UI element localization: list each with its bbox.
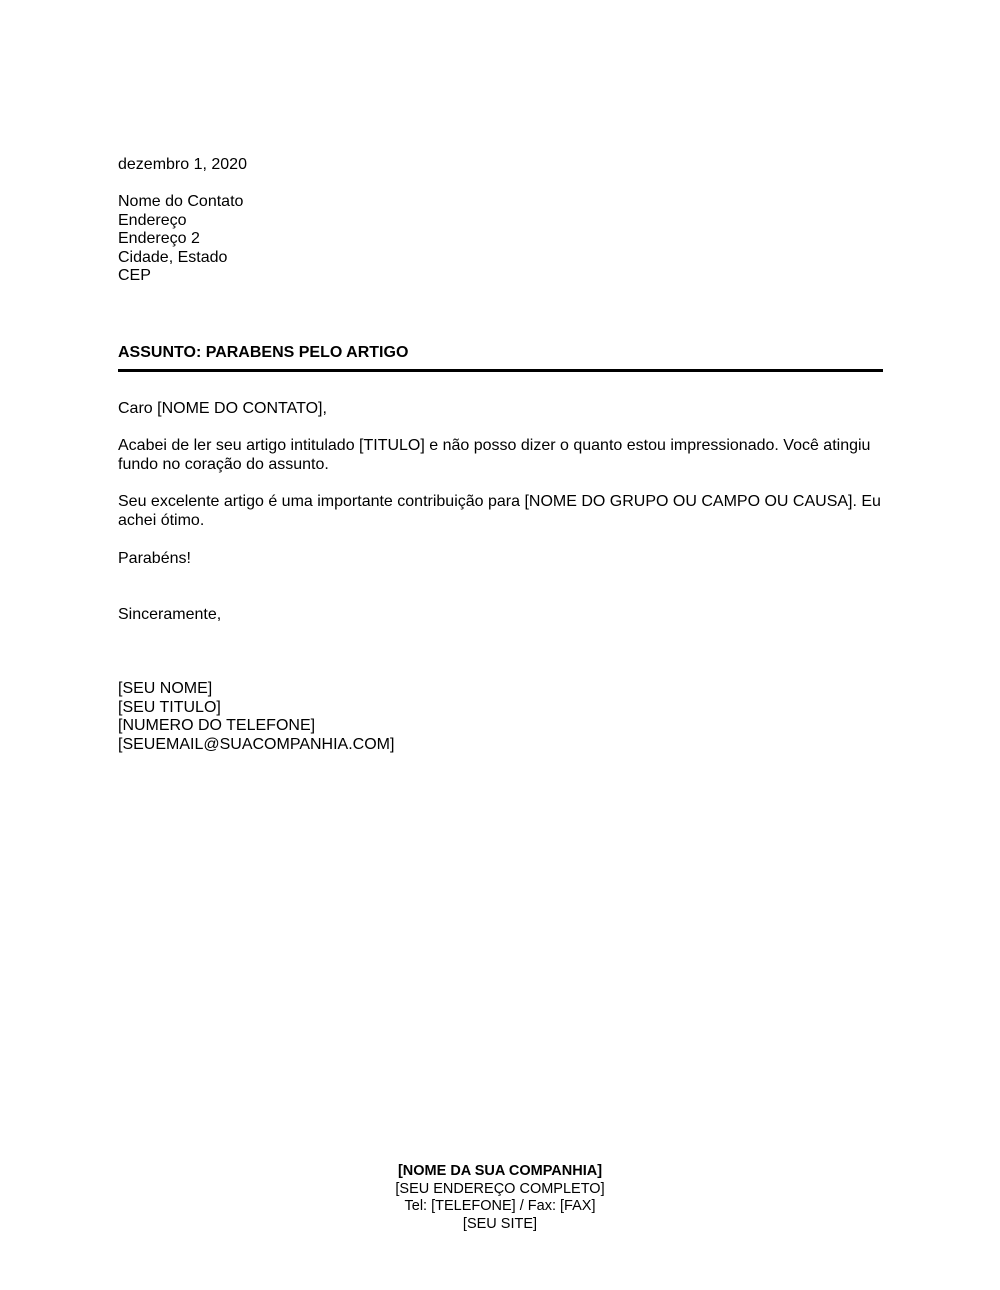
letter-date: dezembro 1, 2020 — [118, 155, 247, 174]
recipient-city-state: Cidade, Estado — [118, 249, 243, 268]
salutation: Caro [NOME DO CONTATO], — [118, 399, 888, 418]
letterhead-footer: [NOME DA SUA COMPANHIA] [SEU ENDEREÇO CO… — [300, 1163, 700, 1233]
recipient-address-line-2: Endereço 2 — [118, 230, 243, 249]
footer-company-name: [NOME DA SUA COMPANHIA] — [300, 1163, 700, 1181]
footer-address: [SEU ENDEREÇO COMPLETO] — [300, 1181, 700, 1199]
recipient-name: Nome do Contato — [118, 193, 243, 212]
subject-line: ASSUNTO: PARABENS PELO ARTIGO — [118, 343, 408, 362]
body-paragraph-2: Seu excelente artigo é uma importante co… — [118, 492, 888, 530]
subject-divider — [118, 369, 883, 372]
recipient-address-line-1: Endereço — [118, 212, 243, 231]
signature-title: [SEU TITULO] — [118, 699, 394, 718]
signature-name: [SEU NOME] — [118, 680, 394, 699]
signature-phone: [NUMERO DO TELEFONE] — [118, 717, 394, 736]
signature-email: [SEUEMAIL@SUACOMPANHIA.COM] — [118, 736, 394, 755]
closing: Sinceramente, — [118, 605, 888, 624]
footer-contact: Tel: [TELEFONE] / Fax: [FAX] — [300, 1198, 700, 1216]
letter-page: dezembro 1, 2020 Nome do Contato Endereç… — [0, 0, 1000, 1290]
footer-site: [SEU SITE] — [300, 1216, 700, 1234]
body-paragraph-1: Acabei de ler seu artigo intitulado [TIT… — [118, 436, 888, 474]
recipient-address-block: Nome do Contato Endereço Endereço 2 Cida… — [118, 193, 243, 286]
signature-block: [SEU NOME] [SEU TITULO] [NUMERO DO TELEF… — [118, 680, 394, 754]
recipient-zip: CEP — [118, 267, 243, 286]
body-paragraph-3: Parabéns! — [118, 549, 888, 568]
